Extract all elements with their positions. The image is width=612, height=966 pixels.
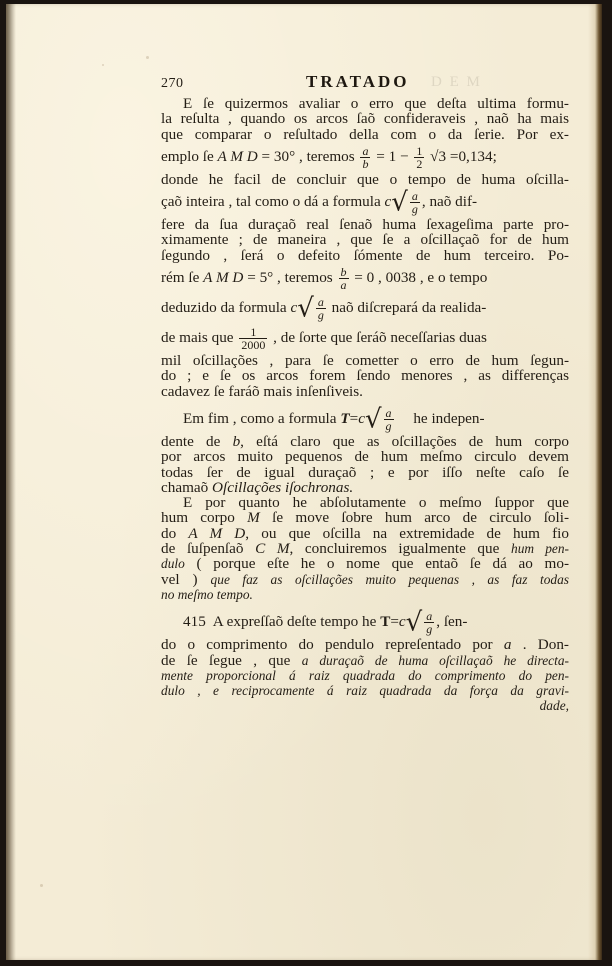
text-line: chamaõ Oſcillações iſochronas. xyxy=(161,480,569,495)
text-line: E por quanto he abſolutamente o meſmo ſu… xyxy=(161,495,569,510)
math-variable: A M D xyxy=(218,148,258,165)
fraction: 12000 xyxy=(239,326,267,351)
formula-line: 415 A expreſſaõ deſte tempo he T=c√ag, ſ… xyxy=(161,607,569,637)
text-line: dulo ( porque eſte he o nome que entaõ ſ… xyxy=(161,556,569,571)
paragraph-3: E por quanto he abſolutamente o meſmo ſu… xyxy=(161,495,569,602)
formula-line: rém ſe A M D = 5° , teremos ba = 0 , 003… xyxy=(161,263,569,293)
text-line: ſegundo , ſerá o defeito ſómente de hum … xyxy=(161,248,569,263)
formula-line: Em fim , como a formula T=c√ag he indepe… xyxy=(161,404,569,434)
spine-shadow xyxy=(6,4,16,960)
text-line: hum corpo M ſe move ſobre hum arco de ci… xyxy=(161,510,569,525)
text-line: que comparar o reſultado della com o da … xyxy=(161,127,569,142)
formula-line: emplo ſe A M D = 30° , teremos ab = 1 − … xyxy=(161,142,569,172)
text-line: dade, xyxy=(161,698,569,713)
text-line: mente proporcional á raiz quadrada do co… xyxy=(161,668,569,683)
formula-line: de mais que 12000 , de ſorte que ſeráõ n… xyxy=(161,323,569,353)
text-line: no meſmo tempo. xyxy=(161,587,569,602)
fraction: ba xyxy=(339,266,349,291)
running-head: 270 TRATADO D E M xyxy=(161,70,569,92)
text-line: cadavez ſe faráõ mais inſenſiveis. xyxy=(161,384,569,399)
paragraph-2: Em fim , como a formula T=c√ag he indepe… xyxy=(161,404,569,495)
text-line: mil oſcillações , para ſe cometter o err… xyxy=(161,353,569,368)
text-line: de ſe ſegue , que a duraçaõ de huma oſci… xyxy=(161,653,569,668)
fraction: ag xyxy=(384,407,394,432)
text-line: E ſe quizermos avaliar o erro que deſta … xyxy=(161,96,569,111)
fraction: 12 xyxy=(414,145,424,170)
fraction: ab xyxy=(360,145,370,170)
text-line: ximamente ; de maneira , que ſe a oſcill… xyxy=(161,232,569,247)
paragraph-1: E ſe quizermos avaliar o erro que deſta … xyxy=(161,96,569,399)
running-head-title: TRATADO xyxy=(306,74,410,89)
paragraph-415: 415 A expreſſaõ deſte tempo he T=c√ag, ſ… xyxy=(161,607,569,713)
square-root-icon: √ xyxy=(297,294,314,324)
text-line: la reſulta , quando os arcos ſaõ confide… xyxy=(161,111,569,126)
text-line: fere da ſua duraçaõ real ſenaõ huma ſexa… xyxy=(161,217,569,232)
fraction: ag xyxy=(316,296,326,321)
text-line: por arcos muito pequenos de hum meſmo ci… xyxy=(161,449,569,464)
book-page: 270 TRATADO D E M E ſe quizermos avaliar… xyxy=(6,4,602,960)
formula-line: deduzido da formula c√ag naõ diſcrepará … xyxy=(161,293,569,323)
section-number: 415 xyxy=(183,613,206,630)
fraction: ag xyxy=(410,190,420,215)
text-line: do ; e ſe os arcos forem ſendo menores ,… xyxy=(161,368,569,383)
text-line: do A M D, ou que oſcilla na extremidade … xyxy=(161,526,569,541)
text-line: donde he facil de concluir que o tempo d… xyxy=(161,172,569,187)
formula-line: çaõ inteira , tal como o dá a formula c√… xyxy=(161,187,569,217)
text-line: vel ) que faz as oſcillações muito peque… xyxy=(161,572,569,587)
page-edge xyxy=(588,4,602,960)
text-block: 270 TRATADO D E M E ſe quizermos avaliar… xyxy=(161,70,569,714)
paper-spot xyxy=(146,56,149,59)
square-root-icon: √ xyxy=(365,404,382,434)
math-variable: A M D xyxy=(203,269,243,286)
square-root-icon: √ xyxy=(406,608,423,638)
page-number: 270 xyxy=(161,76,184,91)
text-line: do o comprimento do pendulo repreſentado… xyxy=(161,637,569,652)
paper-spot xyxy=(40,884,43,887)
text-line: dulo , e reciprocamente á raiz quadrada … xyxy=(161,683,569,698)
square-root-icon: √ xyxy=(391,188,408,218)
text-line: dente de b, eſtá claro que as oſcillaçõe… xyxy=(161,434,569,449)
bleed-through-text: D E M xyxy=(431,75,482,90)
text-line: todas ſer de igual duraçaõ ; e por iſſo … xyxy=(161,465,569,480)
text-line: de ſuſpenſaõ C M, concluiremos igualment… xyxy=(161,541,569,556)
paper-spot xyxy=(102,64,104,66)
fraction: ag xyxy=(424,610,434,635)
